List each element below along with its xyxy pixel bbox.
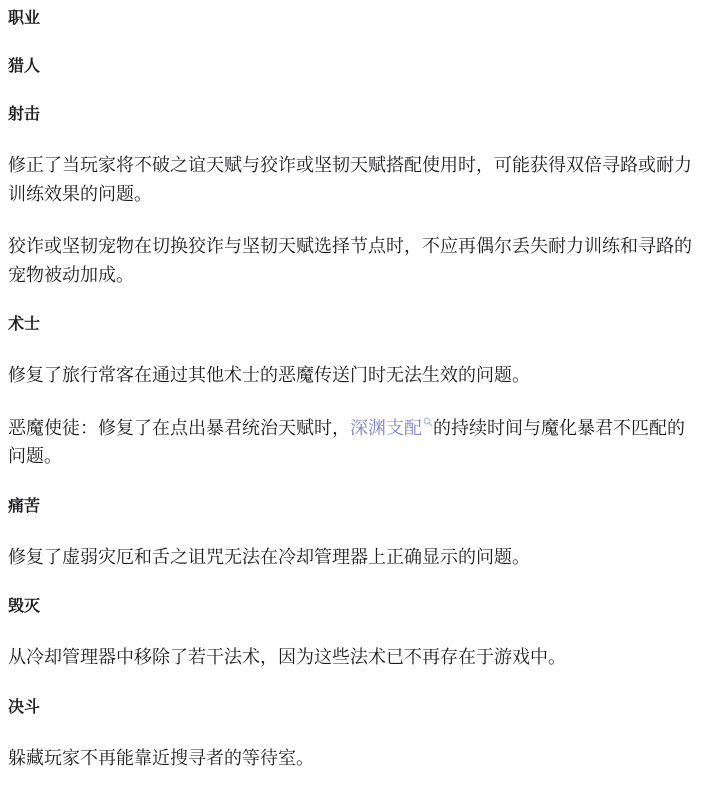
paragraph-text: 修正了当玩家将不破之谊天赋与狡诈或坚韧天赋搭配使用时，可能获得双倍寻路或耐力训练… (8, 155, 692, 204)
section-heading: 猎人 (8, 55, 694, 79)
patch-notes-article: 职业猎人射击修正了当玩家将不破之谊天赋与狡诈或坚韧天赋搭配使用时，可能获得双倍寻… (0, 0, 702, 772)
section-heading: 决斗 (8, 696, 694, 720)
patch-note-paragraph: 修正了当玩家将不破之谊天赋与狡诈或坚韧天赋搭配使用时，可能获得双倍寻路或耐力训练… (8, 151, 694, 208)
section-heading: 痛苦 (8, 495, 694, 519)
paragraph-text: 恶魔使徒：修复了在点出暴君统治天赋时， (8, 418, 350, 438)
magnifier-icon (423, 417, 433, 427)
spell-link-label: 深渊支配 (350, 418, 422, 438)
patch-note-paragraph: 修复了虚弱灾厄和舌之诅咒无法在冷却管理器上正确显示的问题。 (8, 543, 694, 572)
section-heading: 射击 (8, 103, 694, 127)
section-heading: 毁灭 (8, 595, 694, 619)
paragraph-text: 躲藏玩家不再能靠近搜寻者的等待室。 (8, 748, 314, 768)
paragraph-text: 修复了虚弱灾厄和舌之诅咒无法在冷却管理器上正确显示的问题。 (8, 547, 530, 567)
section-heading: 职业 (8, 7, 694, 31)
patch-note-paragraph: 从冷却管理器中移除了若干法术，因为这些法术已不再存在于游戏中。 (8, 643, 694, 672)
paragraph-text: 从冷却管理器中移除了若干法术，因为这些法术已不再存在于游戏中。 (8, 647, 566, 667)
patch-note-paragraph: 狡诈或坚韧宠物在切换狡诈与坚韧天赋选择节点时，不应再偶尔丢失耐力训练和寻路的宠物… (8, 232, 694, 289)
patch-note-paragraph: 恶魔使徒：修复了在点出暴君统治天赋时，深渊支配的持续时间与魔化暴君不匹配的问题。 (8, 414, 694, 471)
patch-note-paragraph: 躲藏玩家不再能靠近搜寻者的等待室。 (8, 744, 694, 773)
paragraph-text: 狡诈或坚韧宠物在切换狡诈与坚韧天赋选择节点时，不应再偶尔丢失耐力训练和寻路的宠物… (8, 236, 692, 285)
patch-note-paragraph: 修复了旅行常客在通过其他术士的恶魔传送门时无法生效的问题。 (8, 361, 694, 390)
spell-link[interactable]: 深渊支配 (350, 418, 433, 438)
section-heading: 术士 (8, 313, 694, 337)
paragraph-text: 修复了旅行常客在通过其他术士的恶魔传送门时无法生效的问题。 (8, 365, 530, 385)
